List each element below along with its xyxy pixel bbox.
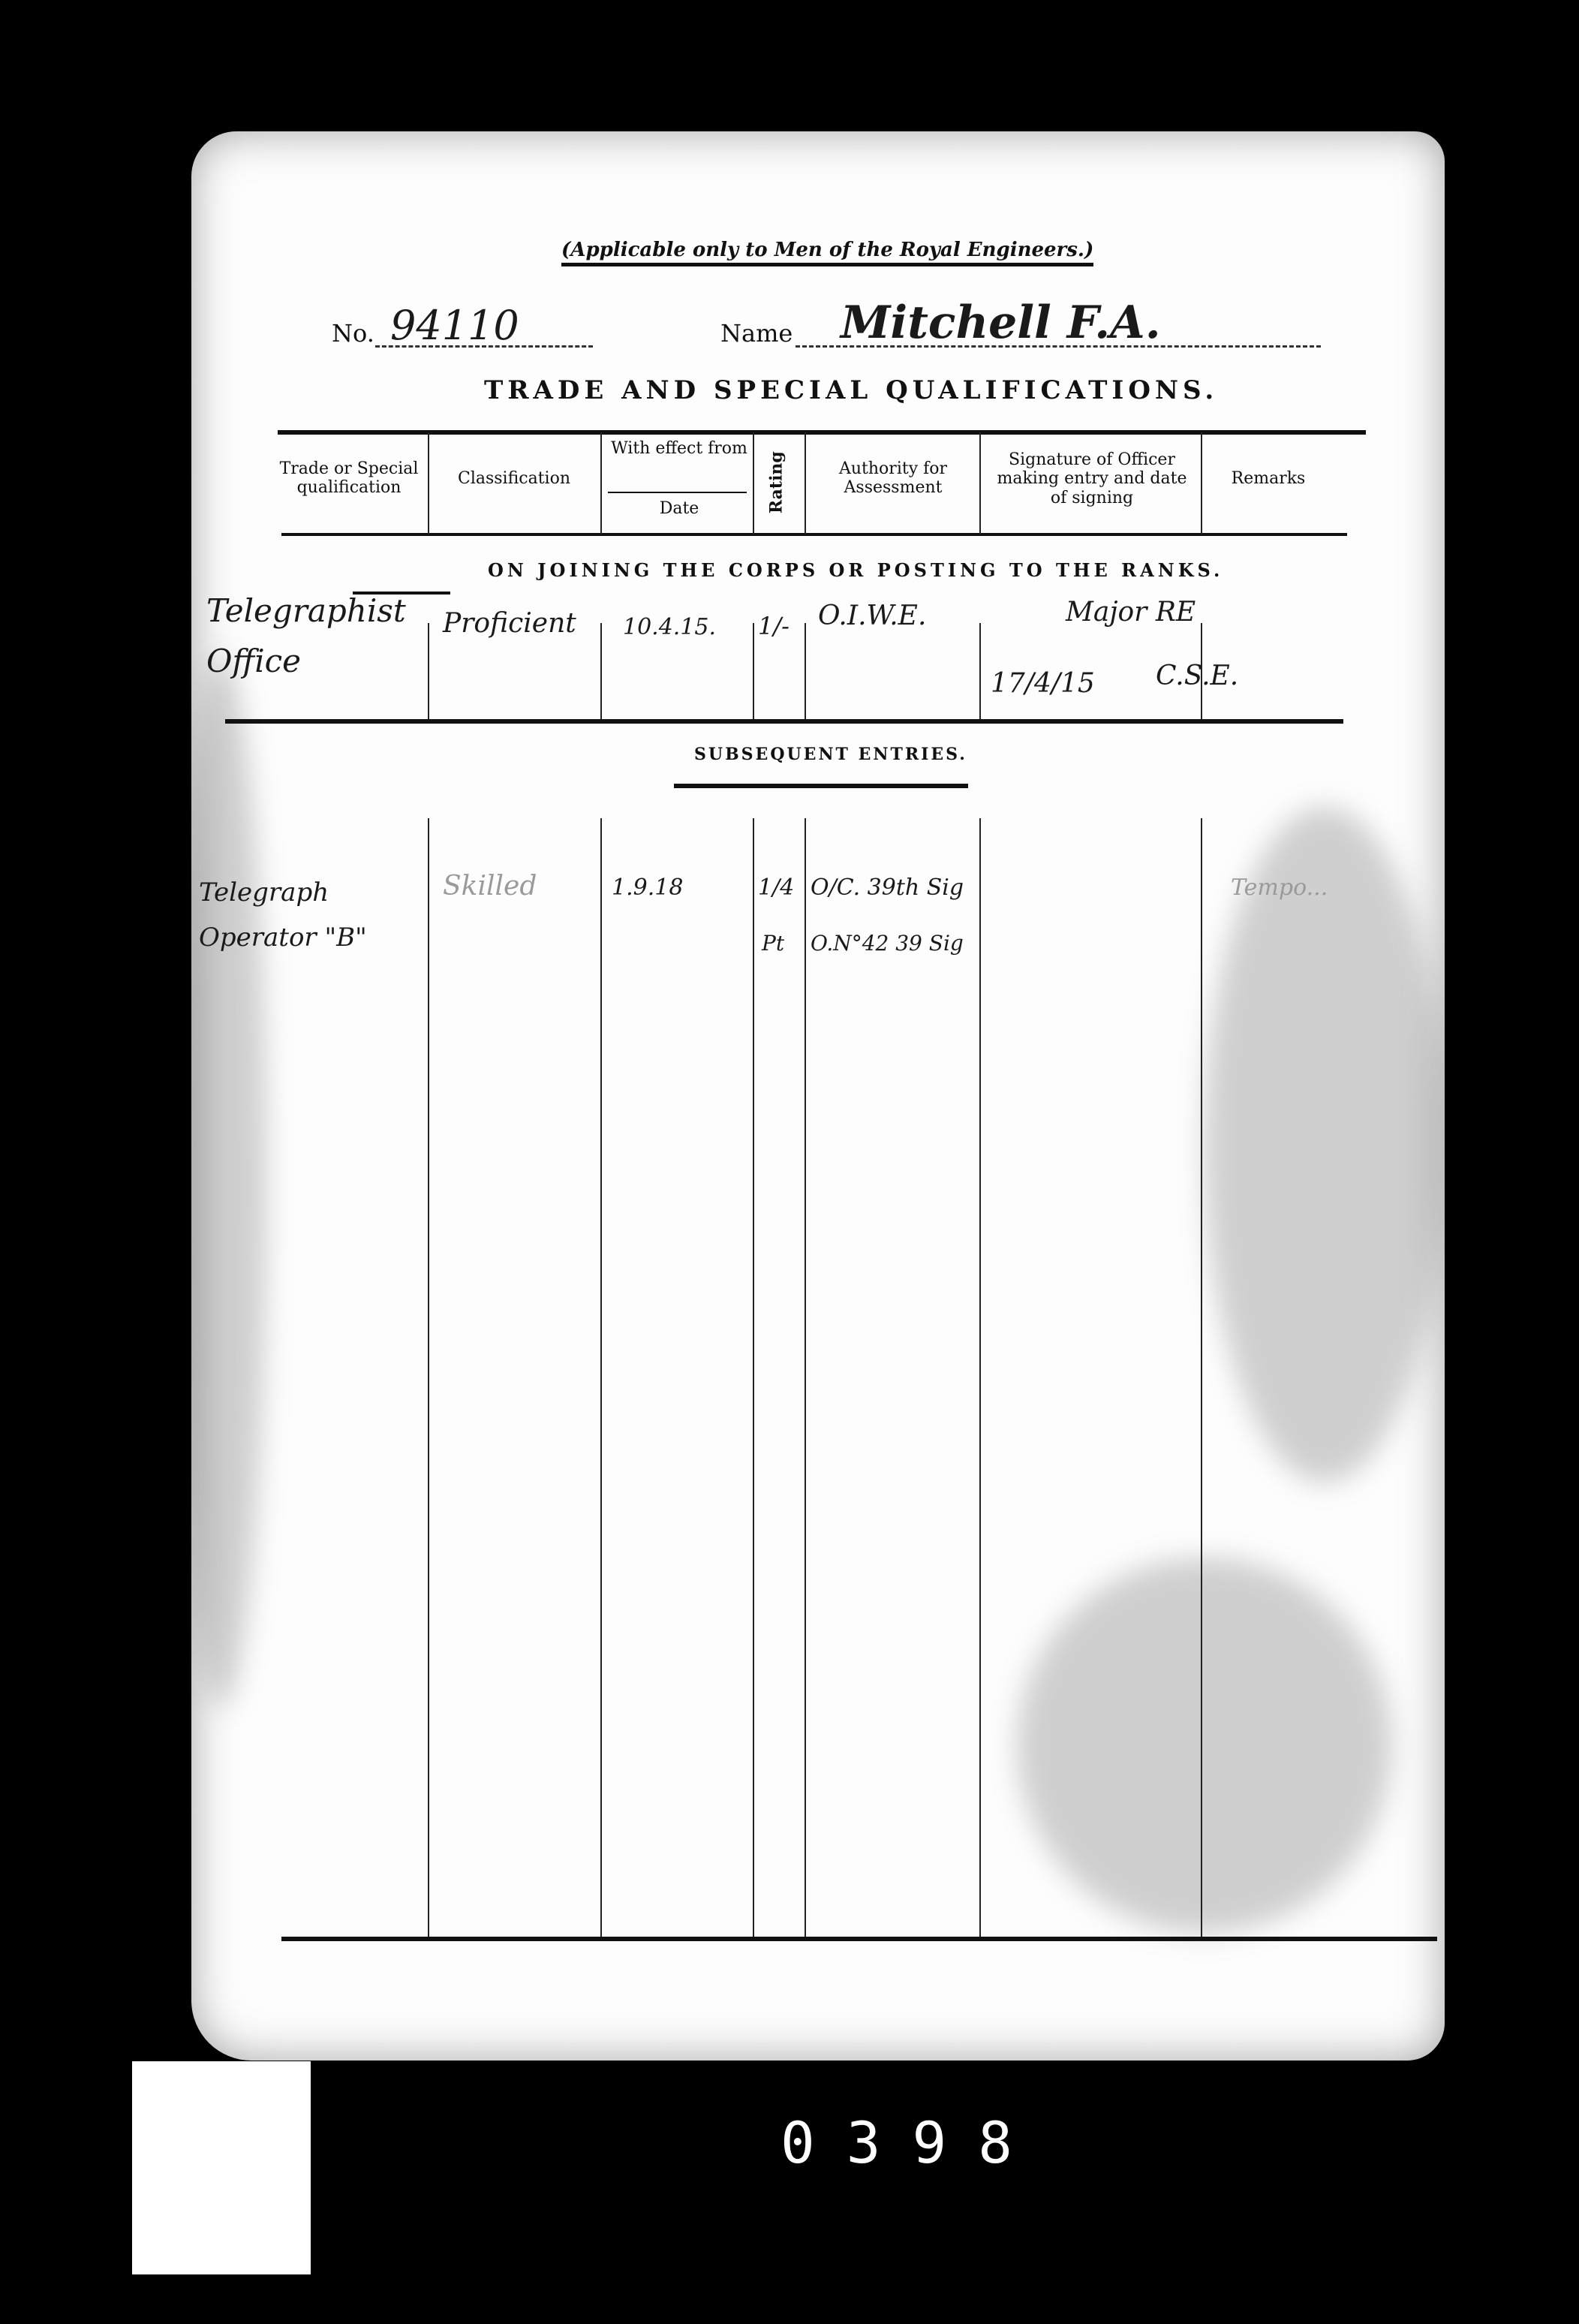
col-divider bbox=[805, 432, 806, 534]
subsequent-classification: Skilled bbox=[443, 871, 537, 902]
calibration-card bbox=[132, 2061, 311, 2274]
record-card bbox=[191, 131, 1445, 2061]
form-title: TRADE AND SPECIAL QUALIFICATIONS. bbox=[484, 375, 1218, 405]
header-top-rule bbox=[278, 430, 1366, 435]
col-authority: Authority for Assessment bbox=[811, 459, 976, 498]
col-divider bbox=[428, 432, 429, 534]
col-divider bbox=[753, 623, 754, 721]
subsequent-remarks: Tempo... bbox=[1231, 875, 1328, 901]
col-trade: Trade or Special qualification bbox=[274, 459, 424, 498]
subsequent-trade: Telegraph Operator "B" bbox=[199, 871, 424, 960]
col-rating: Rating bbox=[767, 445, 786, 520]
col-divider bbox=[428, 818, 429, 1937]
subsequent-authority: O/C. 39th Sig bbox=[811, 875, 964, 901]
subsequent-section-heading: SUBSEQUENT ENTRIES. bbox=[694, 745, 967, 764]
joining-bottom-rule bbox=[225, 719, 1343, 724]
service-number: 94110 bbox=[390, 302, 519, 349]
col-date: Date bbox=[608, 499, 750, 518]
joining-authority: O.I.W.E. bbox=[818, 601, 926, 631]
joining-trade: Telegraphist Office bbox=[206, 586, 424, 686]
subsequent-rating: 1/4 bbox=[758, 875, 794, 901]
col-divider bbox=[428, 623, 429, 721]
col-divider bbox=[600, 818, 602, 1937]
stain bbox=[1017, 1558, 1392, 1933]
col-divider bbox=[979, 818, 981, 1937]
col-divider bbox=[600, 623, 602, 721]
number-label: No. bbox=[332, 319, 374, 348]
col-classification: Classification bbox=[432, 469, 597, 488]
section-rule bbox=[674, 784, 968, 788]
col-effect-from: With effect from bbox=[608, 439, 750, 458]
subsequent-date: 1.9.18 bbox=[612, 875, 683, 901]
joining-signature: Major RE bbox=[1066, 597, 1196, 628]
subsequent-rating-note: Pt bbox=[762, 931, 784, 956]
effect-divider bbox=[608, 492, 747, 493]
col-remarks: Remarks bbox=[1208, 469, 1328, 488]
name-label: Name bbox=[720, 319, 793, 348]
frame-counter: 0398 bbox=[780, 2109, 1044, 2176]
applicability-note: (Applicable only to Men of the Royal Eng… bbox=[561, 239, 1093, 266]
col-divider bbox=[753, 432, 754, 534]
col-divider bbox=[979, 623, 981, 721]
stain bbox=[176, 657, 266, 1708]
col-divider bbox=[1201, 818, 1202, 1937]
table-bottom-rule bbox=[281, 1937, 1437, 1941]
col-divider bbox=[805, 818, 806, 1937]
col-divider bbox=[805, 623, 806, 721]
joining-section-heading: ON JOINING THE CORPS OR POSTING TO THE R… bbox=[488, 559, 1223, 581]
col-divider bbox=[600, 432, 602, 534]
col-signature: Signature of Officer making entry and da… bbox=[987, 450, 1197, 507]
col-divider bbox=[1201, 432, 1202, 534]
header-bottom-rule bbox=[281, 533, 1347, 536]
joining-signed-date: 17/4/15 bbox=[991, 668, 1095, 699]
col-divider bbox=[753, 818, 754, 1937]
soldier-name: Mitchell F.A. bbox=[841, 297, 1161, 349]
joining-date: 10.4.15. bbox=[623, 614, 716, 640]
joining-classification: Proficient bbox=[443, 608, 576, 639]
subsequent-authority-note: O.N°42 39 Sig bbox=[811, 931, 964, 956]
stain bbox=[1205, 807, 1445, 1483]
col-divider bbox=[979, 432, 981, 534]
joining-rating: 1/- bbox=[758, 612, 789, 640]
joining-signed-note: C.S.E. bbox=[1156, 661, 1238, 691]
